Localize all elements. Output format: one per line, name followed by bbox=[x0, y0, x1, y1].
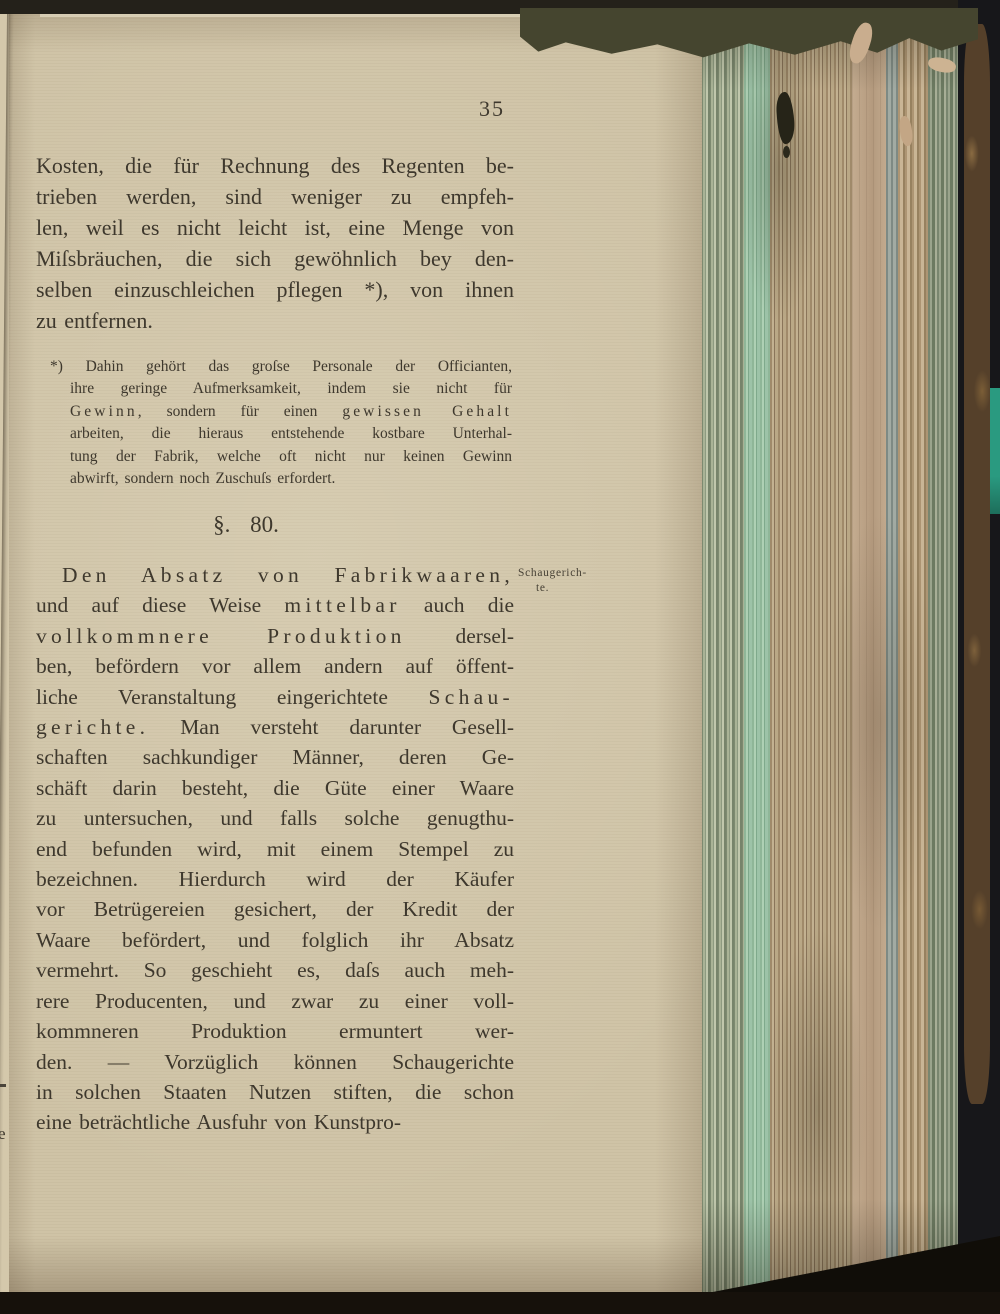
text-segment: zu untersuchen, und falls solche genugth… bbox=[36, 806, 514, 830]
text-line: arbeiten, die hieraus entstehende kostba… bbox=[70, 423, 512, 445]
text-segment: bezeichnen. Hierdurch wird der Käufer bbox=[36, 867, 514, 891]
text-segment: schäft darin besteht, die Güte einer Waa… bbox=[36, 776, 514, 800]
text-segment: ihre geringe Aufmerksamkeit, indem sie n… bbox=[70, 380, 512, 397]
text-segment: rere Producenten, und zwar zu einer voll… bbox=[36, 989, 514, 1013]
text-line: den. — Vorzüglich können Schaugerichte bbox=[36, 1047, 514, 1077]
letterspaced-text: gerichte. bbox=[36, 715, 149, 739]
margin-note-line: Schaugerich- bbox=[518, 566, 606, 581]
text-line: abwirft, sondern noch Zuschuſs erfordert… bbox=[70, 468, 512, 490]
margin-note-line: te. bbox=[518, 581, 606, 596]
text-segment: abwirft, sondern noch Zuschuſs erfordert… bbox=[70, 470, 335, 487]
text-segment: ben, befördern vor allem andern auf öffe… bbox=[36, 654, 514, 678]
text-segment: tung der Fabrik, welche oft nicht nur ke… bbox=[70, 448, 512, 465]
text-segment: Miſsbräuchen, die sich gewöhnlich bey de… bbox=[36, 246, 514, 271]
text-line: und auf diese Weise mittelbar auch die bbox=[36, 590, 514, 620]
text-line: *) Dahin gehört das groſse Personale der… bbox=[70, 356, 512, 378]
text-segment: vermehrt. So geschieht es, daſs auch meh… bbox=[36, 958, 514, 982]
text-segment: zu entfernen. bbox=[36, 308, 153, 333]
text-segment: kommneren Produktion ermuntert wer- bbox=[36, 1019, 514, 1043]
paragraph-main: Kosten, die für Rechnung des Regenten be… bbox=[36, 150, 514, 336]
text-line: gerichte. Man versteht darunter Gesell- bbox=[36, 712, 514, 742]
printed-text-layer: 35 Kosten, die für Rechnung des Regenten… bbox=[0, 0, 1000, 1314]
text-line: trieben werden, sind weniger zu empfeh- bbox=[36, 181, 514, 212]
text-line: tung der Fabrik, welche oft nicht nur ke… bbox=[70, 446, 512, 468]
text-line: selben einzuschleichen pflegen *), von i… bbox=[36, 274, 514, 305]
letterspaced-text: mittelbar bbox=[284, 593, 400, 617]
text-line: vollkommnere Produktion dersel- bbox=[36, 621, 514, 651]
text-line: eine beträchtliche Ausfuhr von Kunstpro- bbox=[36, 1107, 514, 1137]
letterspaced-text: gewissen Gehalt bbox=[342, 403, 512, 420]
facing-page-text-fragment: e bbox=[0, 1124, 6, 1144]
scanned-book-photo: 35 Kosten, die für Rechnung des Regenten… bbox=[0, 0, 1000, 1314]
text-line: bezeichnen. Hierdurch wird der Käufer bbox=[36, 864, 514, 894]
text-segment: arbeiten, die hieraus entstehende kostba… bbox=[70, 425, 512, 442]
text-segment: und auf diese Weise bbox=[36, 593, 284, 617]
letterspaced-text: vollkommnere Produktion bbox=[36, 624, 406, 648]
facing-page-text-fragment bbox=[0, 1084, 6, 1087]
text-line: ben, befördern vor allem andern auf öffe… bbox=[36, 651, 514, 681]
footnote: *) Dahin gehört das groſse Personale der… bbox=[50, 356, 512, 490]
text-segment: dersel- bbox=[406, 624, 514, 648]
text-segment: in solchen Staaten Nutzen stiften, die s… bbox=[36, 1080, 514, 1104]
text-segment: , sondern für einen bbox=[138, 403, 343, 420]
text-segment: trieben werden, sind weniger zu empfeh- bbox=[36, 184, 514, 209]
text-line: vermehrt. So geschieht es, daſs auch meh… bbox=[36, 955, 514, 985]
text-segment: end befunden wird, mit einem Stempel zu bbox=[36, 837, 514, 861]
letterspaced-text: Schau- bbox=[428, 685, 514, 709]
letterspaced-text: Gewinn bbox=[70, 403, 138, 420]
text-line: rere Producenten, und zwar zu einer voll… bbox=[36, 986, 514, 1016]
text-segment: len, weil es nicht leicht ist, eine Meng… bbox=[36, 215, 514, 240]
letterspaced-text: Den Absatz von Fabrikwaaren, bbox=[62, 563, 514, 587]
text-line: schaften sachkundiger Männer, deren Ge- bbox=[36, 742, 514, 772]
page-number: 35 bbox=[452, 96, 532, 122]
text-line: zu entfernen. bbox=[36, 305, 514, 336]
text-segment: Waare befördert, und folglich ihr Absatz bbox=[36, 928, 514, 952]
paragraph-section-80: Den Absatz von Fabrikwaaren,und auf dies… bbox=[36, 560, 514, 1138]
text-line: end befunden wird, mit einem Stempel zu bbox=[36, 834, 514, 864]
text-segment: Man versteht darunter Gesell- bbox=[149, 715, 514, 739]
text-segment: auch die bbox=[401, 593, 514, 617]
text-line: Den Absatz von Fabrikwaaren, bbox=[36, 560, 514, 590]
text-segment: liche Veranstaltung eingerichtete bbox=[36, 685, 428, 709]
text-segment: selben einzuschleichen pflegen *), von i… bbox=[36, 277, 514, 302]
margin-note-keyword: Schaugerich- te. bbox=[518, 566, 606, 596]
text-segment: *) Dahin gehört das groſse Personale der… bbox=[50, 358, 512, 375]
text-line: Kosten, die für Rechnung des Regenten be… bbox=[36, 150, 514, 181]
text-segment: den. — Vorzüglich können Schaugerichte bbox=[36, 1050, 514, 1074]
text-line: Waare befördert, und folglich ihr Absatz bbox=[36, 925, 514, 955]
text-line: zu untersuchen, und falls solche genugth… bbox=[36, 803, 514, 833]
text-line: liche Veranstaltung eingerichtete Schau- bbox=[36, 682, 514, 712]
text-line: ihre geringe Aufmerksamkeit, indem sie n… bbox=[70, 378, 512, 400]
text-line: in solchen Staaten Nutzen stiften, die s… bbox=[36, 1077, 514, 1107]
text-line: Miſsbräuchen, die sich gewöhnlich bey de… bbox=[36, 243, 514, 274]
text-line: vor Betrügereien gesichert, der Kredit d… bbox=[36, 894, 514, 924]
text-line: len, weil es nicht leicht ist, eine Meng… bbox=[36, 212, 514, 243]
text-line: schäft darin besteht, die Güte einer Waa… bbox=[36, 773, 514, 803]
text-segment: eine beträchtliche Ausfuhr von Kunstpro- bbox=[36, 1110, 401, 1134]
section-heading: §. 80. bbox=[36, 512, 456, 538]
text-segment: Kosten, die für Rechnung des Regenten be… bbox=[36, 153, 514, 178]
text-segment: schaften sachkundiger Männer, deren Ge- bbox=[36, 745, 514, 769]
text-line: Gewinn, sondern für einen gewissen Gehal… bbox=[70, 401, 512, 423]
text-line: kommneren Produktion ermuntert wer- bbox=[36, 1016, 514, 1046]
text-segment: vor Betrügereien gesichert, der Kredit d… bbox=[36, 897, 514, 921]
